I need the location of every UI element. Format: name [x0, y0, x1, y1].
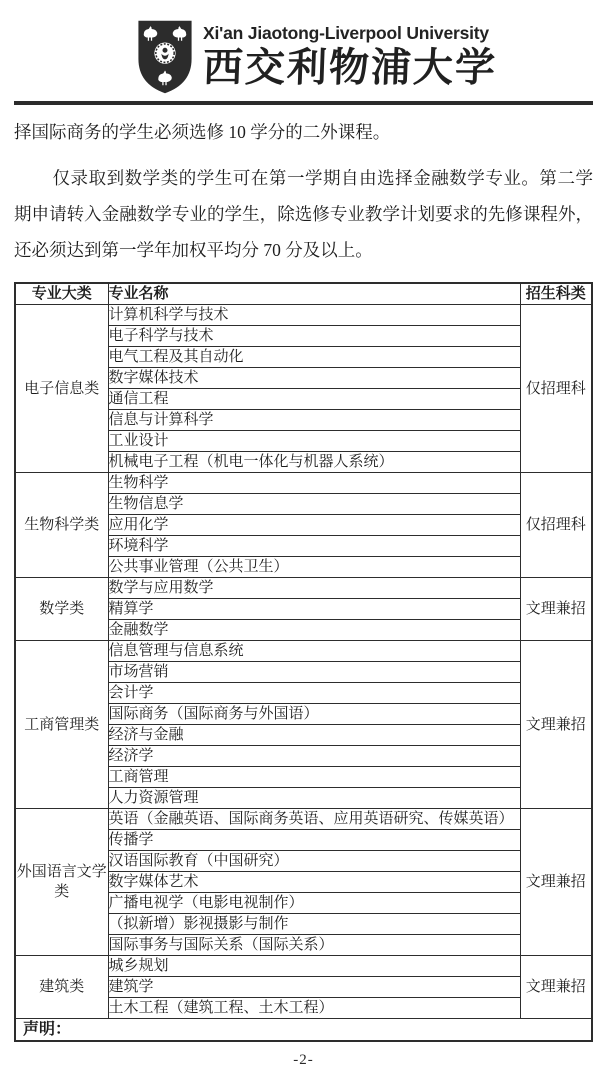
- university-titles: Xi'an Jiaotong-Liverpool University 西交利物…: [203, 16, 497, 92]
- col-header-major-name: 专业名称: [108, 283, 520, 305]
- header-divider: [14, 101, 593, 105]
- major-cell: 广播电视学（电影电视制作）: [108, 893, 520, 914]
- major-cell: 城乡规划: [108, 956, 520, 977]
- major-cell: 工业设计: [108, 431, 520, 452]
- major-cell: 土木工程（建筑工程、土木工程）: [108, 998, 520, 1019]
- major-cell: 机械电子工程（机电一体化与机器人系统）: [108, 452, 520, 473]
- major-cell: 国际事务与国际关系（国际关系）: [108, 935, 520, 956]
- majors-table: 专业大类 专业名称 招生科类 电子信息类计算机科学与技术仅招理科电子科学与技术电…: [14, 282, 593, 1042]
- major-cell: （拟新增）影视摄影与制作: [108, 914, 520, 935]
- category-cell: 建筑类: [15, 956, 108, 1019]
- major-cell: 经济学: [108, 746, 520, 767]
- table-row: 工商管理类信息管理与信息系统文理兼招: [15, 641, 592, 662]
- major-cell: 信息与计算科学: [108, 410, 520, 431]
- university-name-chinese: 西交利物浦大学: [202, 44, 498, 92]
- major-cell: 传播学: [108, 830, 520, 851]
- university-shield-crest-icon: [136, 18, 194, 96]
- major-cell: 市场营销: [108, 662, 520, 683]
- table-row: 数学类数学与应用数学文理兼招: [15, 578, 592, 599]
- admission-cell: 文理兼招: [520, 578, 592, 641]
- table-row: 电子信息类计算机科学与技术仅招理科: [15, 305, 592, 326]
- major-cell: 汉语国际教育（中国研究）: [108, 851, 520, 872]
- category-cell: 数学类: [15, 578, 108, 641]
- major-cell: 工商管理: [108, 767, 520, 788]
- table-row: 生物科学类生物科学仅招理科: [15, 473, 592, 494]
- university-name-english: Xi'an Jiaotong-Liverpool University: [203, 22, 497, 44]
- major-cell: 电气工程及其自动化: [108, 347, 520, 368]
- paragraph-financial-math-transfer: 仅录取到数学类的学生可在第一学期自由选择金融数学专业。第二学期申请转入金融数学专…: [14, 160, 593, 268]
- col-header-category: 专业大类: [15, 283, 108, 305]
- major-cell: 数字媒体艺术: [108, 872, 520, 893]
- admission-cell: 文理兼招: [520, 809, 592, 956]
- major-cell: 精算学: [108, 599, 520, 620]
- admission-cell: 仅招理科: [520, 305, 592, 473]
- table-row: 外国语言文学类英语（金融英语、国际商务英语、应用英语研究、传媒英语）文理兼招: [15, 809, 592, 830]
- major-cell: 数字媒体技术: [108, 368, 520, 389]
- major-cell: 信息管理与信息系统: [108, 641, 520, 662]
- major-cell: 电子科学与技术: [108, 326, 520, 347]
- major-cell: 会计学: [108, 683, 520, 704]
- paragraph-second-foreign-language: 择国际商务的学生必须选修 10 学分的二外课程。: [14, 120, 593, 144]
- major-cell: 公共事业管理（公共卫生）: [108, 557, 520, 578]
- major-cell: 生物信息学: [108, 494, 520, 515]
- declaration-cell: 声明：: [15, 1019, 592, 1042]
- major-cell: 数学与应用数学: [108, 578, 520, 599]
- declaration-row: 声明：: [15, 1019, 592, 1042]
- category-cell: 工商管理类: [15, 641, 108, 809]
- major-cell: 生物科学: [108, 473, 520, 494]
- major-cell: 建筑学: [108, 977, 520, 998]
- category-cell: 电子信息类: [15, 305, 108, 473]
- category-cell: 生物科学类: [15, 473, 108, 578]
- major-cell: 应用化学: [108, 515, 520, 536]
- major-cell: 通信工程: [108, 389, 520, 410]
- major-cell: 金融数学: [108, 620, 520, 641]
- major-cell: 经济与金融: [108, 725, 520, 746]
- major-cell: 计算机科学与技术: [108, 305, 520, 326]
- document-page: Xi'an Jiaotong-Liverpool University 西交利物…: [0, 0, 607, 1069]
- admission-cell: 文理兼招: [520, 641, 592, 809]
- major-cell: 人力资源管理: [108, 788, 520, 809]
- university-header: Xi'an Jiaotong-Liverpool University 西交利物…: [14, 16, 593, 98]
- admission-cell: 文理兼招: [520, 956, 592, 1019]
- major-cell: 英语（金融英语、国际商务英语、应用英语研究、传媒英语）: [108, 809, 520, 830]
- table-row: 建筑类城乡规划文理兼招: [15, 956, 592, 977]
- major-cell: 国际商务（国际商务与外国语）: [108, 704, 520, 725]
- major-cell: 环境科学: [108, 536, 520, 557]
- table-header-row: 专业大类 专业名称 招生科类: [15, 283, 592, 305]
- page-number: -2-: [14, 1052, 593, 1069]
- col-header-admission-type: 招生科类: [520, 283, 592, 305]
- category-cell: 外国语言文学类: [15, 809, 108, 956]
- admission-cell: 仅招理科: [520, 473, 592, 578]
